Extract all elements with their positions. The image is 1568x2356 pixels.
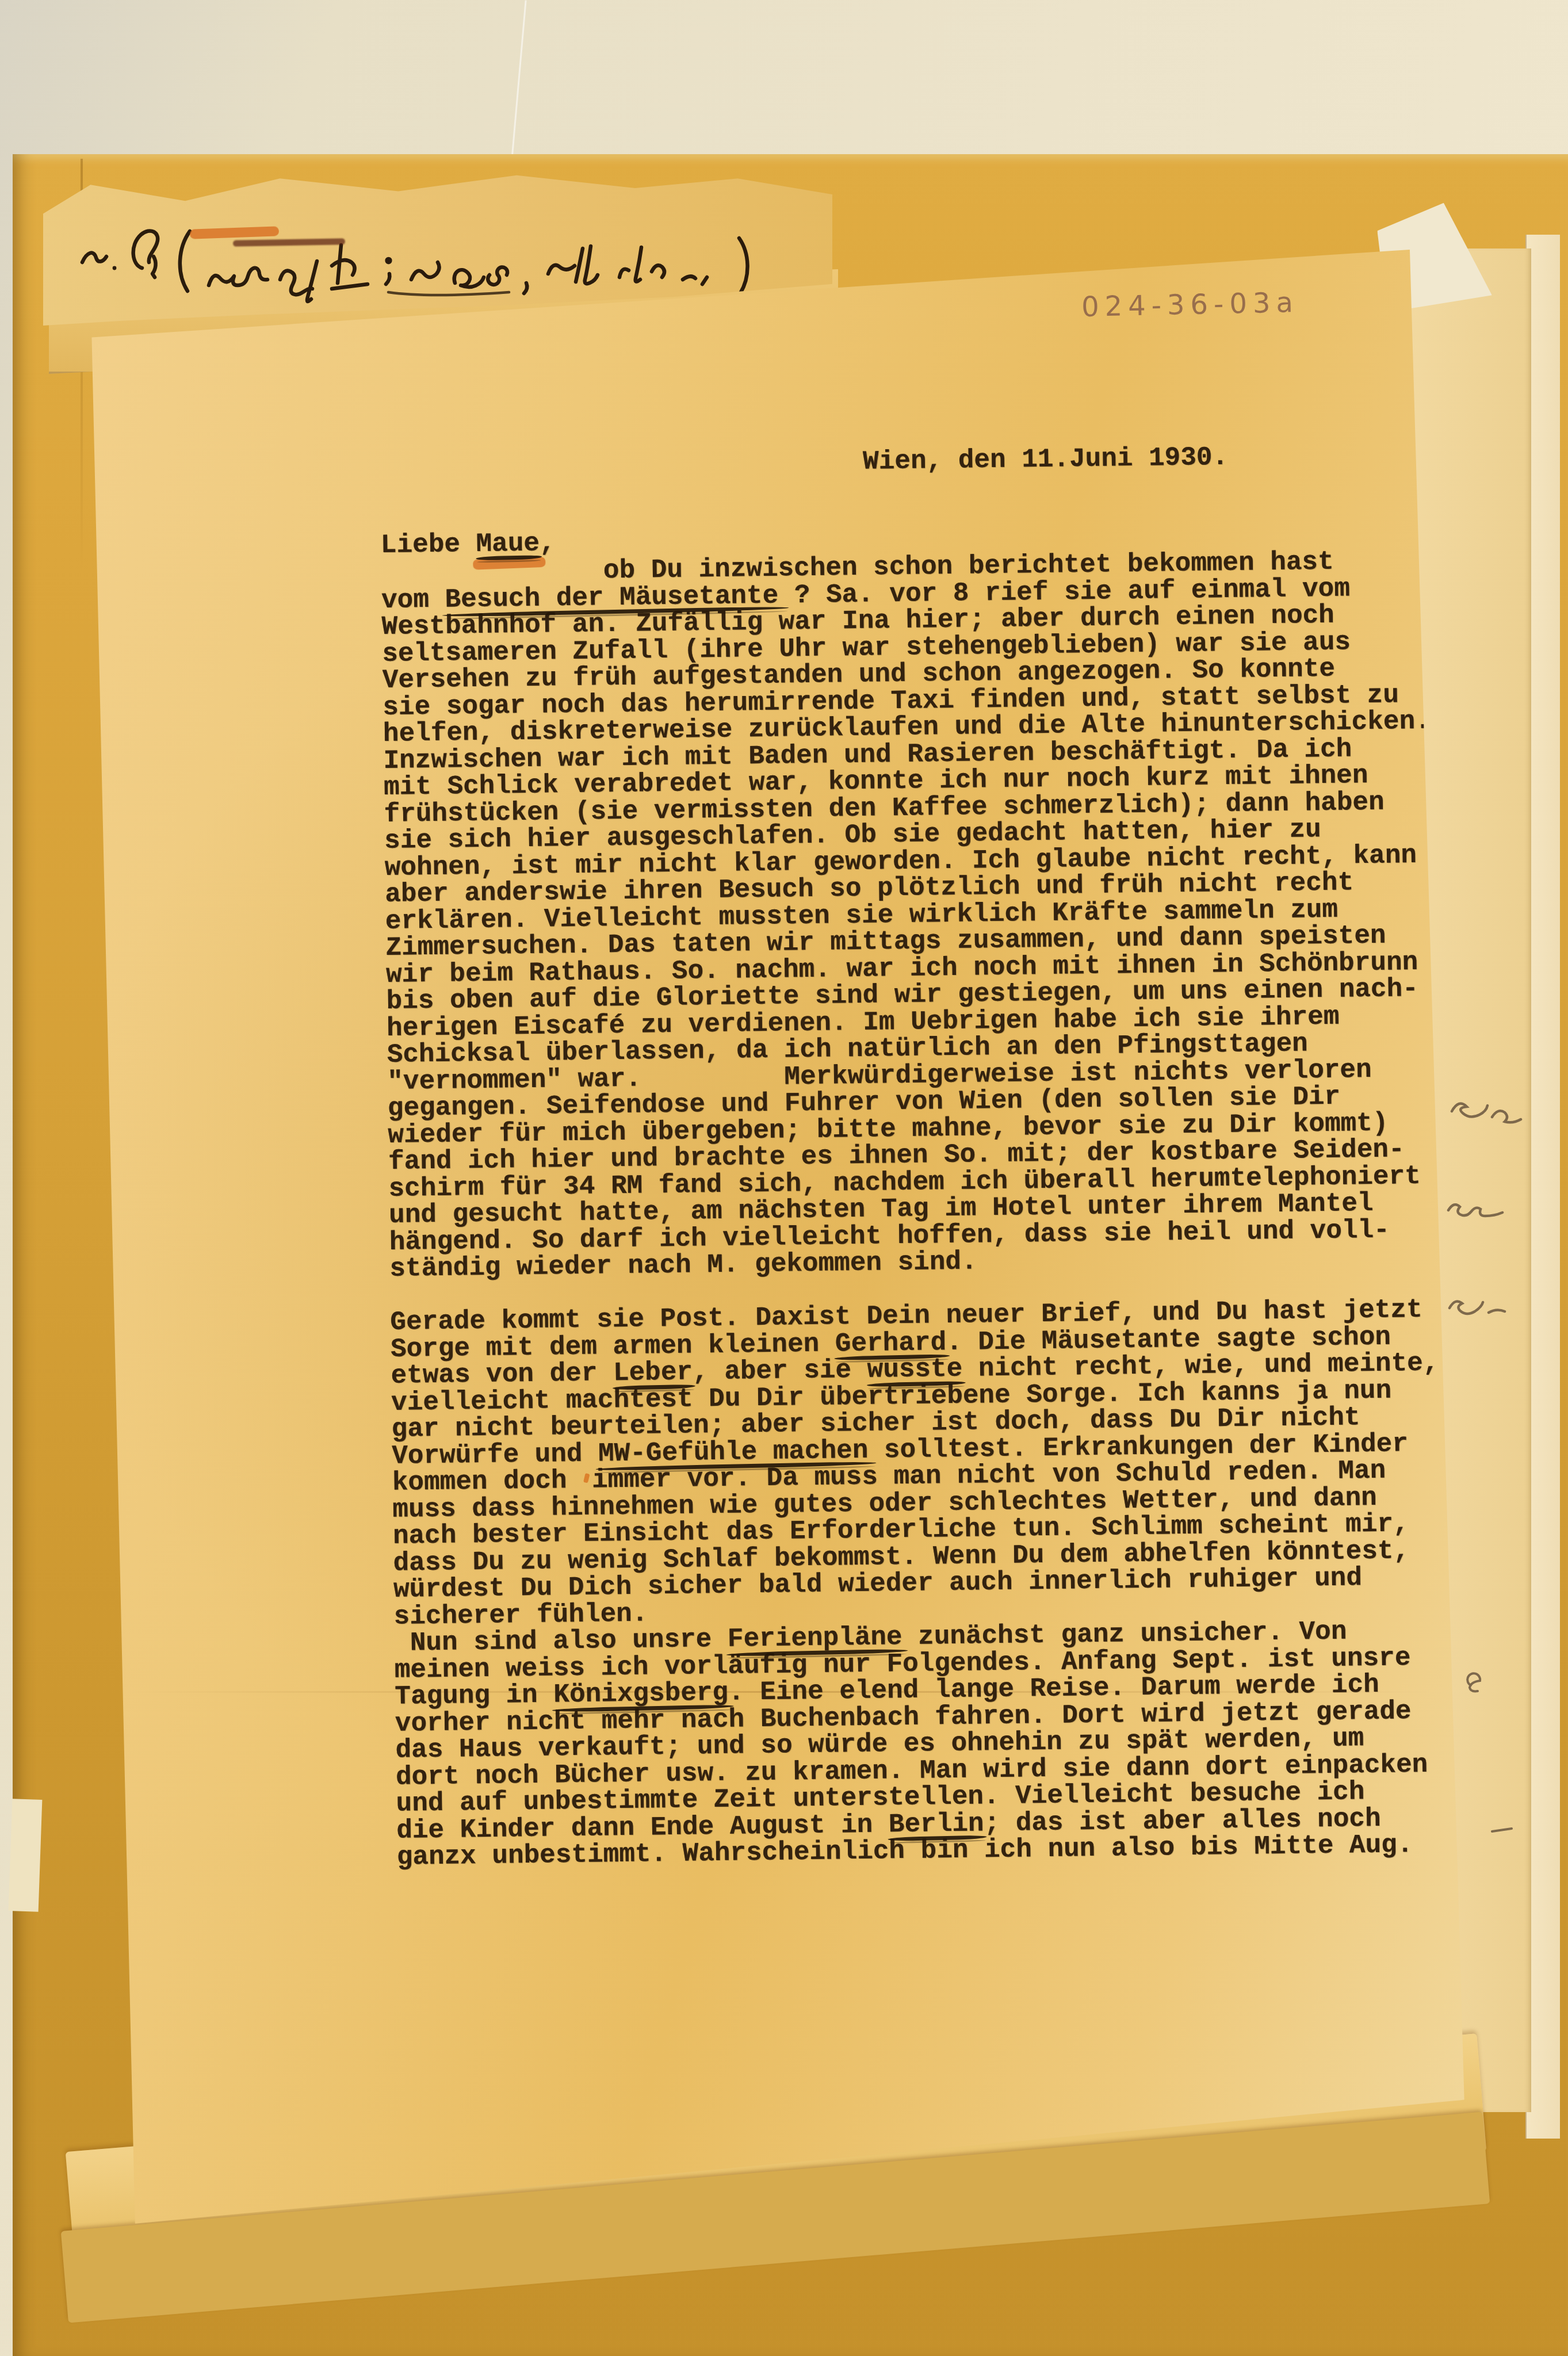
paper-tab-left	[9, 1799, 43, 1912]
archival-label: 024-36-03a	[1081, 286, 1299, 323]
pencil-squiggle-icon	[1446, 1292, 1521, 1324]
pencil-squiggle-icon	[1447, 1094, 1531, 1131]
hand-underlined-word: Besuch der Mäusetante	[445, 582, 778, 613]
backdrop-seam-line	[510, 0, 526, 166]
pencil-squiggle-icon	[1444, 1195, 1524, 1230]
hand-underlined-word: Ferienpläne	[728, 1624, 902, 1653]
hand-underlined-word: MW-Gefühle machen	[598, 1437, 869, 1467]
letter-body: ob Du inzwischen schon berichtet bekomme…	[381, 547, 1490, 1871]
typed-letter: Wien, den 11.Juni 1930. Liebe Maue, ob D…	[380, 441, 1490, 1871]
letter-page: 024-36-03a Wien, den 11.Juni 1930. Liebe…	[81, 242, 1478, 2238]
hand-underlined-word: wusste	[867, 1356, 962, 1384]
pencil-dash-icon	[1490, 1825, 1519, 1836]
hand-underlined-word: Maue	[476, 530, 540, 557]
pencil-e-mark-icon	[1464, 1667, 1498, 1699]
hand-underlined-word: Könixgsberg	[553, 1680, 728, 1708]
hand-underlined-word: Leber	[613, 1359, 693, 1386]
paragraph-2: Gerade kommt sie Post. Daxist Dein neuer…	[390, 1296, 1490, 1871]
letter-dateline: Wien, den 11.Juni 1930.	[863, 441, 1473, 475]
orange-mark	[583, 1473, 590, 1483]
paragraph-1: ob Du inzwischen schon berichtet bekomme…	[381, 547, 1482, 1283]
hand-underlined-word: Gerhard	[835, 1329, 947, 1357]
hand-underlined-word: Berlin	[889, 1810, 984, 1838]
